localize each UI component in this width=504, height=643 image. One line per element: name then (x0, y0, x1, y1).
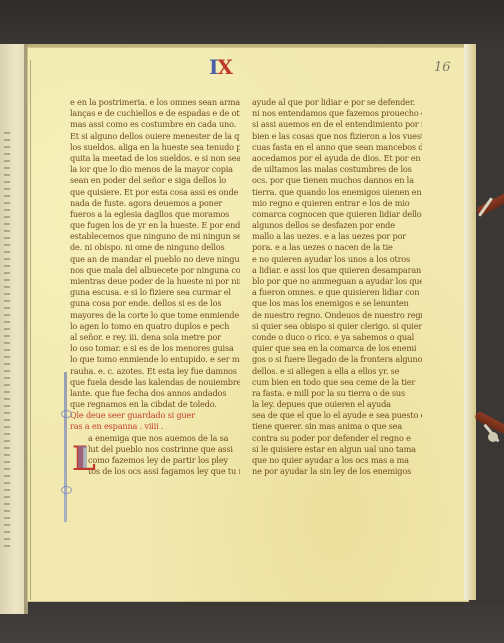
text-line: de. ni obispo. ni ome de ninguno dellos (70, 242, 240, 253)
decorated-initial: L (72, 440, 94, 478)
text-line: mas assi como es costumbre en cada uno. (70, 119, 240, 130)
text-line: guna cosa por ende. dellos si es de los (70, 298, 240, 309)
text-line: pora. e a las uezes o nacen de la tie (252, 242, 422, 253)
text-line: ocs. por que tienen muchos dannos en la (252, 175, 422, 186)
text-line: cum bien en todo que sea ceme de la tier (252, 377, 422, 388)
text-column-left: e en la postrimeria. e los omnes sean ar… (70, 97, 240, 477)
text-line: lante. que fue fecha dos annos andados (70, 388, 240, 399)
text-line: algunos dellos se desfazen por ende (252, 220, 422, 231)
text-line: aocedamos por el ayuda de dios. Et por e… (252, 153, 422, 164)
text-line: ayude al que por lidiar e por se defende… (252, 97, 422, 108)
text-line: e en la postrimeria. e los omnes sean ar… (70, 97, 240, 108)
text-line: lanças e de cuchiellos e de espadas e de… (70, 108, 240, 119)
text-line: fueros a la eglesia dagllos que moramos (70, 209, 240, 220)
text-line: que no quier ayudar a los ocs mas a ma (252, 455, 422, 466)
running-header-x: X (217, 55, 232, 79)
text-line: de nuestro regno. Ondeuos de nuestro reg… (252, 310, 422, 321)
rubric-line: ras a en espanna . viiii . (70, 421, 240, 432)
gutter-line (30, 60, 31, 600)
text-line: e no quieren ayudar los unos a los otros (252, 254, 422, 265)
facing-leaf-text-traces (4, 132, 10, 552)
text-line: Et si alguno dellos ouiere menester de l… (70, 131, 240, 142)
text-line: de uiltamos las malas costumbres de los (252, 164, 422, 175)
text-line: que fuela desde las kalendas de nouiembr… (70, 377, 240, 388)
text-line: dellos. e si allegen a ella a ellos yr. … (252, 366, 422, 377)
text-line: los sueldos. aliga en la hueste sea tenu… (70, 142, 240, 153)
text-line: ne por ayudar la sin ley de los enemigos (252, 466, 422, 477)
facing-leaf-edge (0, 44, 26, 614)
text-line: que fugen los de yr en la hueste. E por … (70, 220, 240, 231)
text-line: mayores de la corte lo que tome enmiende (70, 310, 240, 321)
text-line: quier que sea en la comarca de los enemi (252, 343, 422, 354)
rubric-line: Qle deue seer guardado si guer (70, 410, 240, 421)
text-line: mallo a las uezes. e a las uezes por por (252, 231, 422, 242)
dark-background-bottom (0, 600, 504, 643)
running-header: IX (209, 55, 232, 79)
text-line: contra su poder por defender el regno e (252, 433, 422, 444)
text-line: nada de fuste. agora deuemos a poner (70, 198, 240, 209)
text-line: ra fasta. e mill por la su tierra o de s… (252, 388, 422, 399)
pen-flourish (64, 372, 67, 522)
text-line: lo agen lo tomo en quatro duplos e pech (70, 321, 240, 332)
text-line: que regnamos en la cibdat de toledo. (70, 399, 240, 410)
text-line: si le quisiere estar en algun ual uno ta… (252, 444, 422, 455)
text-line: mientras deue poder de la hueste ni por … (70, 276, 240, 287)
text-line: que an de mandar el pueblo no deve ningu (70, 254, 240, 265)
text-line: sean en poder del señor e siga dellos lo (70, 175, 240, 186)
text-line: que los mas los enemigos e se lenunten (252, 298, 422, 309)
text-line: a fueron omnes. e que quisieren lidiar c… (252, 287, 422, 298)
text-line: blo por que no ammeguan a ayudar los que… (252, 276, 422, 287)
text-line: si assi auemos en de el entendimiento po… (252, 119, 422, 130)
text-line: a lidiar. e assi los que quieren desampa… (252, 265, 422, 276)
flourish-ornament (61, 486, 72, 494)
text-column-right: ayude al que por lidiar e por se defende… (252, 97, 422, 477)
text-line: gos o si fuere llegado de la frontera al… (252, 354, 422, 365)
text-line: lo oso tomar. e si es de los menores gui… (70, 343, 240, 354)
text-line: cuas fasta en el anno que sean mancebos … (252, 142, 422, 153)
text-line: bien e las cosas que nos fizieron a los … (252, 131, 422, 142)
text-line: establecemos que ninguno de mi ningun se (70, 231, 240, 242)
binding-knot (488, 432, 498, 442)
text-line: sea de que el que lo el ayude e sea pues… (252, 410, 422, 421)
text-line: que quisiere. Et por esta cosa assi es o… (70, 187, 240, 198)
text-line: lo que tomo enmiende lo entupido. e ser … (70, 354, 240, 365)
flourish-ornament (61, 410, 72, 418)
text-line: si quier sea obispo si quier clerigo. si… (252, 321, 422, 332)
text-line: guna escusa. e si lo fiziere sea curmar … (70, 287, 240, 298)
text-line: mio regno e quieren entrar e los de mio (252, 198, 422, 209)
text-line: la ley. depues que ouieren el ayuda (252, 399, 422, 410)
initial-infill (78, 446, 87, 468)
text-line: la ior que lo dio menos de la mayor copi… (70, 164, 240, 175)
text-line: conde o duco o rico. e ya sabemos o qual (252, 332, 422, 343)
folio-number: 16 (434, 60, 451, 75)
text-line: tierra. que quando los enemigos uienen e… (252, 187, 422, 198)
page-right-edge (464, 44, 476, 600)
text-line: nos que mala del albuecete por ninguna c… (70, 265, 240, 276)
text-line: ni nos entendamos que fazemos prouecho d… (252, 108, 422, 119)
dark-background-top (0, 0, 504, 50)
text-line: comarca cognocen que quieren lidiar dell… (252, 209, 422, 220)
text-line: tiene querer. sin mas anima o que sea (252, 421, 422, 432)
text-line: al señor. e rey. iii. dena sola metre po… (70, 332, 240, 343)
text-line: quita la meetad de los sueldos. e si non… (70, 153, 240, 164)
text-line: rauha. e. c. azotes. Et esta ley fue dam… (70, 366, 240, 377)
